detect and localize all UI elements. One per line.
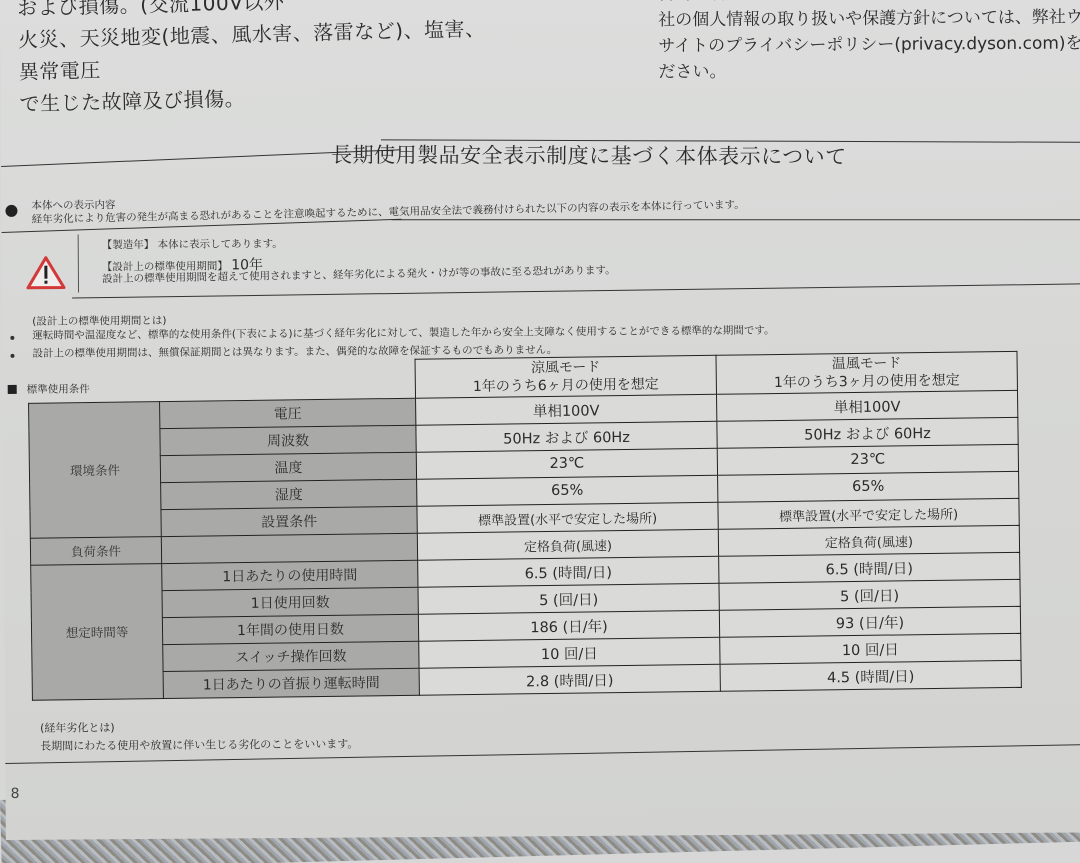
- previous-section-right: 目的で利用致します。その他の個人情報の利用目的、及び、弊 社の個人情報の取り扱い…: [658, 0, 1080, 85]
- row-label: 1日あたりの首振り運転時間: [163, 668, 419, 698]
- warm-value: 5 (回/日): [719, 579, 1020, 610]
- warm-value: 10 回/日: [720, 633, 1021, 664]
- manual-page: および損傷。(交流100V以外 火災、天災地変(地震、風水害、落雷など)、塩害、…: [0, 0, 1080, 840]
- display-text: 経年劣化により危害の発生が高まる恐れがあることを注意喚起するために、電気用品安全…: [31, 197, 744, 227]
- row-label: 電圧: [160, 398, 416, 428]
- footnote-heading: (経年劣化とは): [40, 718, 358, 738]
- warning-line-manufacture-year: 【製造年】 本体に表示してあります。: [102, 236, 283, 252]
- row-label: 1日使用回数: [162, 587, 418, 617]
- cool-value: 2.8 (時間/日): [419, 664, 720, 695]
- column-header-warm-mode: 温風モード 1年のうち3ヶ月の使用を想定: [716, 351, 1017, 394]
- warning-top-rule: [392, 219, 1080, 220]
- row-label: 湿度: [161, 479, 417, 509]
- warm-value: 標準設置(水平で安定した場所): [718, 498, 1019, 529]
- square-bullet-icon: [8, 385, 17, 394]
- warning-bottom-rule: [72, 283, 1080, 298]
- cool-value: 65%: [417, 475, 718, 506]
- row-label: 1年間の使用日数: [162, 614, 418, 644]
- previous-section-left: および損傷。(交流100V以外 火災、天災地変(地震、風水害、落雷など)、塩害、…: [17, 0, 490, 120]
- warm-value: 65%: [718, 471, 1019, 502]
- warm-value: 93 (日/年): [719, 606, 1020, 637]
- footnote-text: 長期間にわたる使用や放置に伴い生じる劣化のことをいいます。: [40, 736, 358, 756]
- prev-right-line: 社の個人情報の取り扱いや保護方針については、弊社ウェブ: [658, 4, 1080, 33]
- row-label: 1日あたりの使用時間: [162, 560, 418, 590]
- prev-left-line: 火災、天災地変(地震、風水害、落雷など)、塩害、異常電圧: [18, 13, 489, 88]
- cool-value: 5 (回/日): [418, 583, 719, 614]
- warm-value: 50Hz および 60Hz: [717, 417, 1018, 448]
- row-label: 温度: [160, 452, 416, 482]
- cool-value: 定格負荷(風速): [417, 529, 718, 560]
- warm-value: 23℃: [717, 444, 1018, 475]
- cool-value: 50Hz および 60Hz: [416, 421, 717, 452]
- footnote: (経年劣化とは) 長期間にわたる使用や放置に伴い生じる劣化のことをいいます。: [40, 718, 358, 756]
- page-number: 8: [10, 786, 19, 802]
- warning-triangle-icon: [26, 256, 66, 290]
- standard-usage-conditions-table: 涼風モード 1年のうち6ヶ月の使用を想定 温風モード 1年のうち3ヶ月の使用を想…: [28, 351, 1022, 701]
- cool-value: 23℃: [416, 448, 717, 479]
- section-title: 長期使用製品安全表示制度に基づく本体表示について: [331, 139, 847, 171]
- warm-value: 6.5 (時間/日): [719, 552, 1020, 583]
- row-label: [161, 533, 417, 563]
- cool-value: 10 回/日: [419, 637, 720, 668]
- row-label: 設置条件: [161, 506, 417, 536]
- prev-right-line: サイトのプライバシーポリシー(privacy.dyson.com)をご覧: [658, 30, 1080, 59]
- cool-value: 標準設置(水平で安定した場所): [417, 502, 718, 533]
- bullet-icon: [5, 205, 17, 217]
- cool-value: 186 (日/年): [418, 610, 719, 641]
- warm-value: 4.5 (時間/日): [720, 660, 1021, 691]
- group-label: 環境条件: [29, 402, 162, 539]
- bullet-icon: [10, 354, 14, 358]
- prev-right-line: ださい。: [658, 56, 1080, 85]
- group-label: 負荷条件: [30, 537, 161, 566]
- cool-value: 単相100V: [416, 394, 717, 425]
- row-label: 周波数: [160, 425, 416, 455]
- cool-value: 6.5 (時間/日): [418, 556, 719, 587]
- row-label: スイッチ操作回数: [163, 641, 419, 671]
- column-header-cool-mode: 涼風モード 1年のうち6ヶ月の使用を想定: [415, 355, 716, 398]
- group-label: 想定時間等: [31, 564, 164, 701]
- warm-value: 定格負荷(風速): [718, 525, 1019, 556]
- bullet-icon: [10, 336, 14, 340]
- warm-value: 単相100V: [716, 390, 1017, 421]
